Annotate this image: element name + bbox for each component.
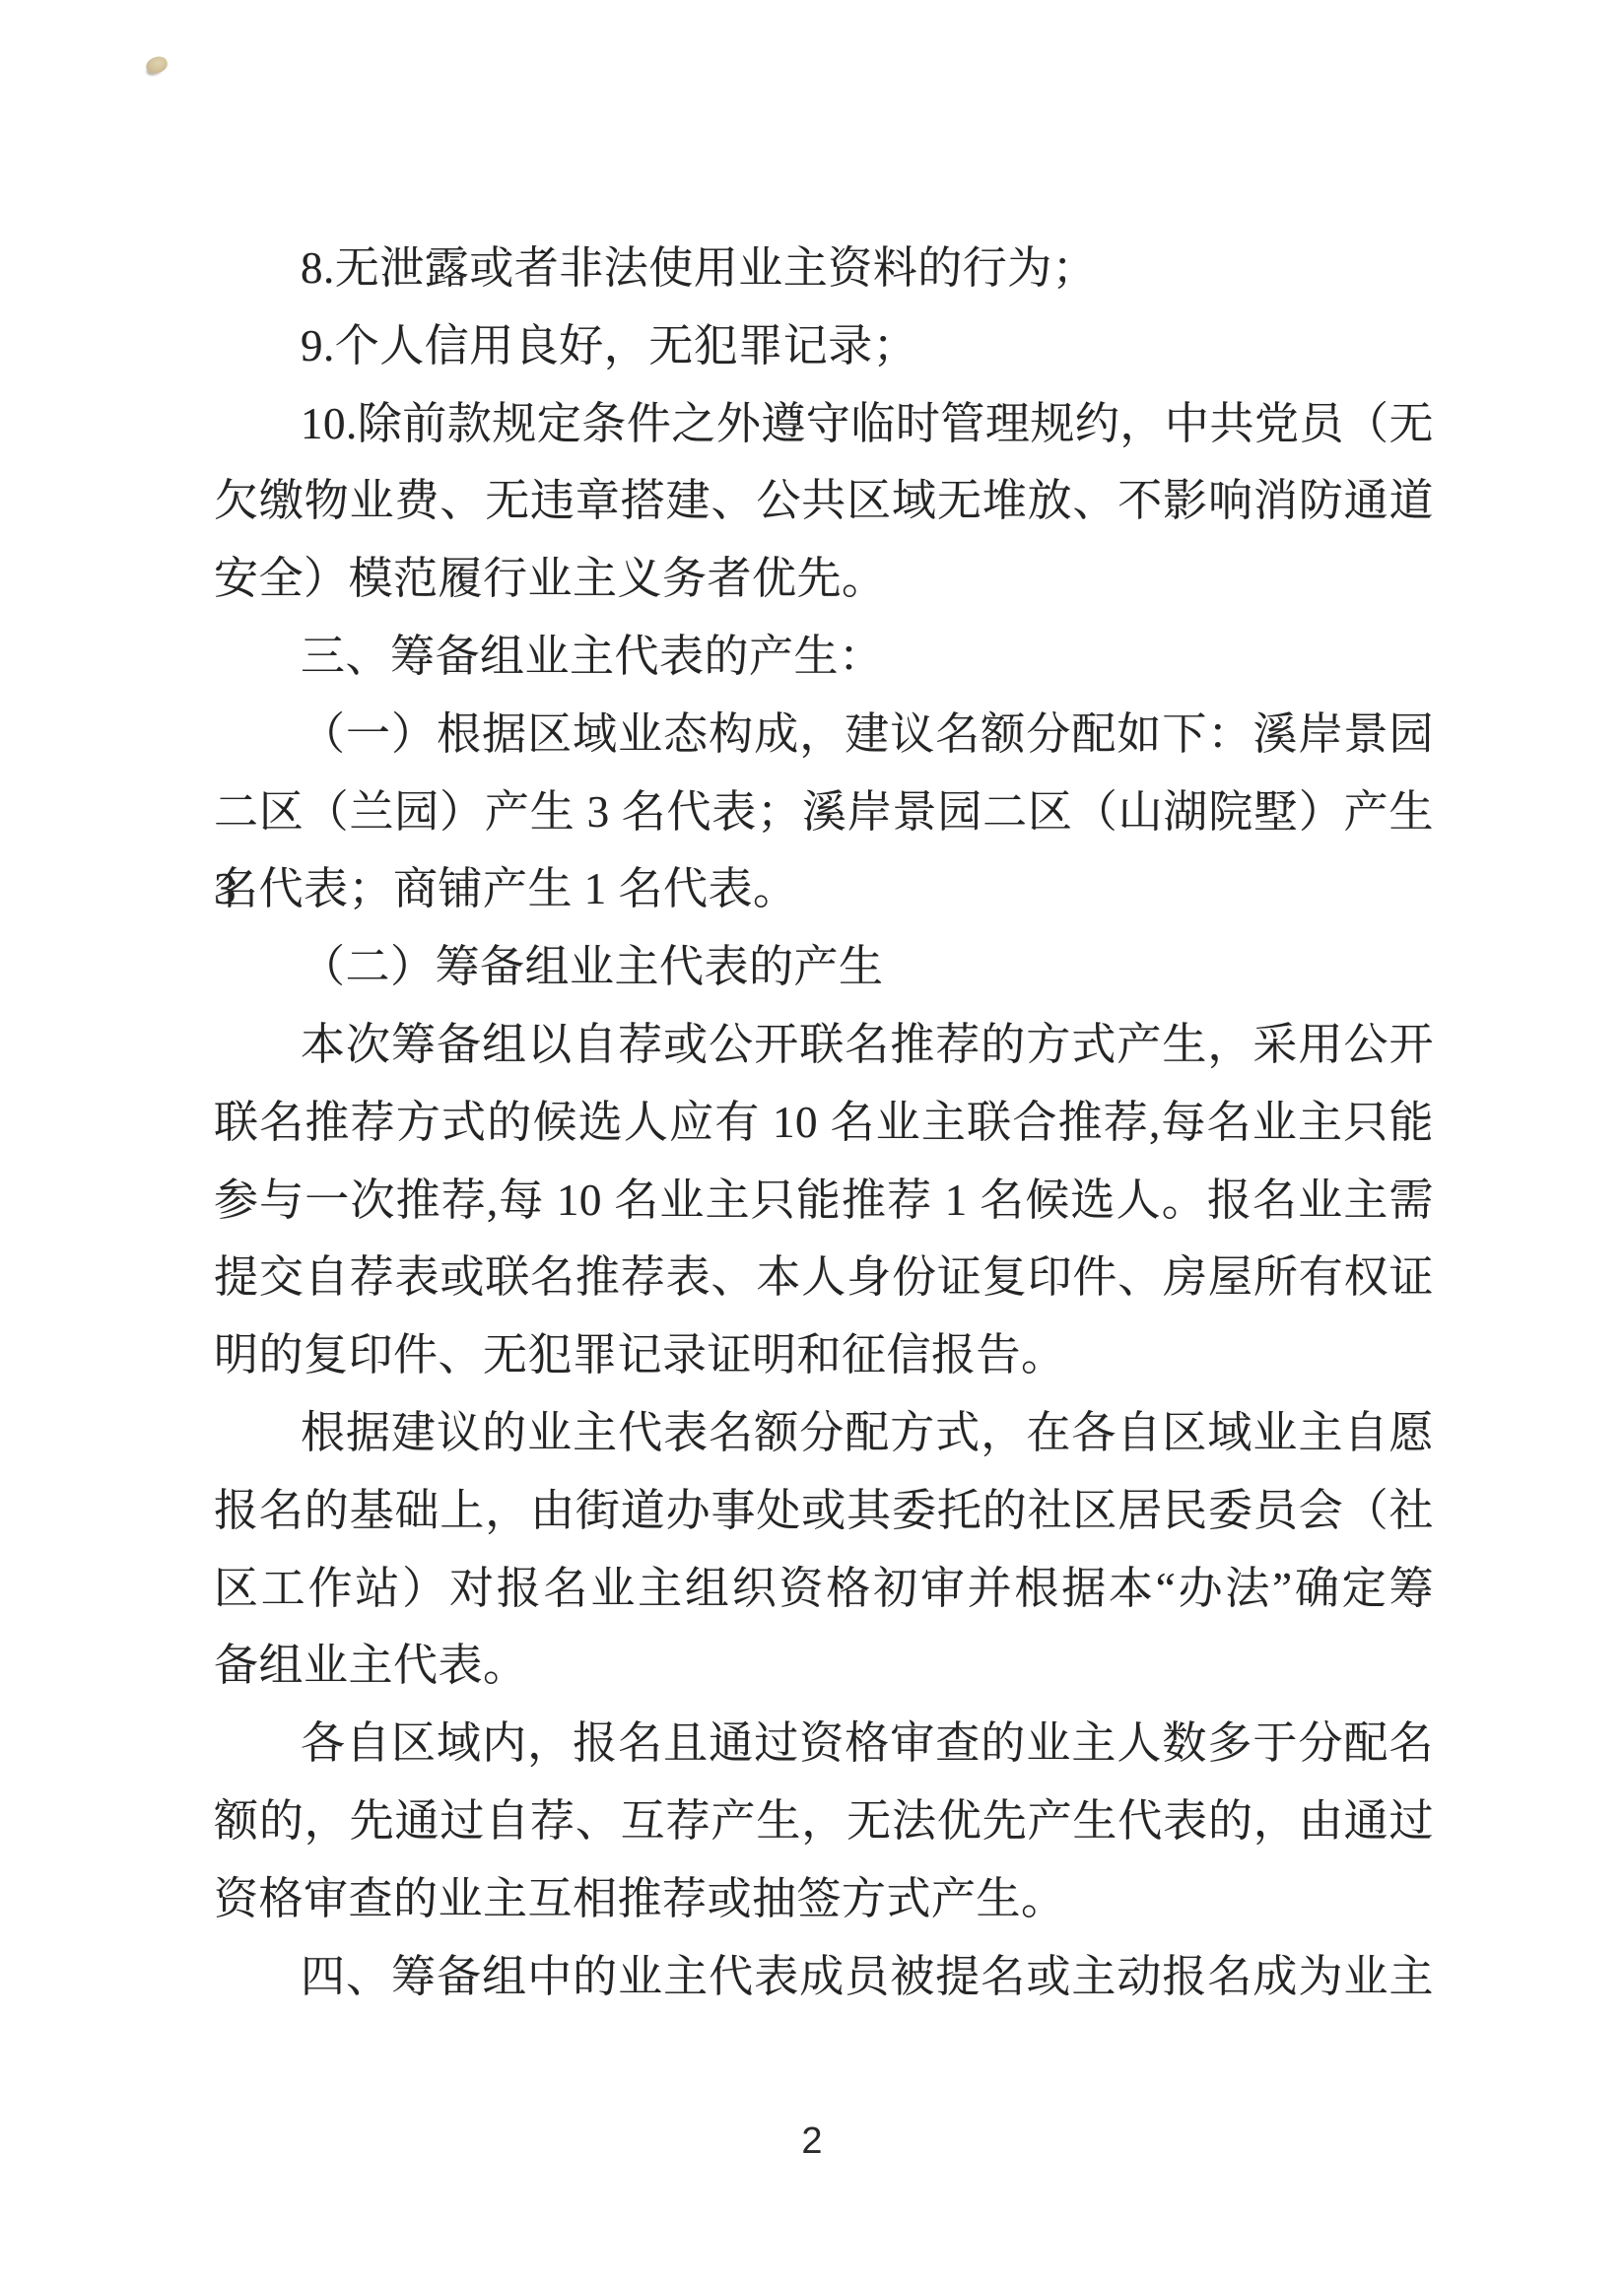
document-page: 8.无泄露或者非法使用业主资料的行为；9.个人信用良好，无犯罪记录；10.除前款… (0, 0, 1624, 2286)
text-line: 安全）模范履行业主义务者优先。 (214, 540, 1434, 618)
text-line: （一）根据区域业态构成，建议名额分配如下：溪岸景园 (214, 696, 1434, 773)
text-line: 欠缴物业费、无违章搭建、公共区域无堆放、不影响消防通道 (214, 462, 1434, 540)
text-line: 9.个人信用良好，无犯罪记录； (214, 307, 1434, 385)
page-number: 2 (0, 2117, 1624, 2166)
text-line: 备组业主代表。 (214, 1627, 1434, 1705)
text-line: 10.除前款规定条件之外遵守临时管理规约，中共党员（无 (214, 385, 1434, 463)
text-line: 参与一次推荐,每 10 名业主只能推荐 1 名候选人。报名业主需 (214, 1162, 1434, 1240)
text-line: 资格审查的业主互相推荐或抽签方式产生。 (214, 1860, 1434, 1938)
document-body: 8.无泄露或者非法使用业主资料的行为；9.个人信用良好，无犯罪记录；10.除前款… (214, 230, 1434, 2015)
text-line: 明的复印件、无犯罪记录证明和征信报告。 (214, 1316, 1434, 1394)
text-line: 本次筹备组以自荐或公开联名推荐的方式产生，采用公开 (214, 1006, 1434, 1084)
text-line: 8.无泄露或者非法使用业主资料的行为； (214, 230, 1434, 307)
text-line: 二区（兰园）产生 3 名代表；溪岸景园二区（山湖院墅）产生 3 (214, 773, 1434, 851)
text-line: 各自区域内，报名且通过资格审查的业主人数多于分配名 (214, 1705, 1434, 1782)
text-line: （二）筹备组业主代表的产生 (214, 928, 1434, 1006)
text-line: 四、筹备组中的业主代表成员被提名或主动报名成为业主 (214, 1938, 1434, 2016)
text-line: 联名推荐方式的候选人应有 10 名业主联合推荐,每名业主只能 (214, 1084, 1434, 1162)
text-line: 名代表；商铺产生 1 名代表。 (214, 850, 1434, 928)
text-line: 根据建议的业主代表名额分配方式，在各自区域业主自愿 (214, 1394, 1434, 1472)
text-line: 额的，先通过自荐、互荐产生，无法优先产生代表的，由通过 (214, 1782, 1434, 1860)
scan-artifact (144, 54, 169, 76)
text-line: 提交自荐表或联名推荐表、本人身份证复印件、房屋所有权证 (214, 1239, 1434, 1316)
text-line: 报名的基础上，由街道办事处或其委托的社区居民委员会（社 (214, 1472, 1434, 1550)
text-line: 三、筹备组业主代表的产生： (214, 618, 1434, 696)
text-line: 区工作站）对报名业主组织资格初审并根据本“办法”确定筹 (214, 1550, 1434, 1628)
